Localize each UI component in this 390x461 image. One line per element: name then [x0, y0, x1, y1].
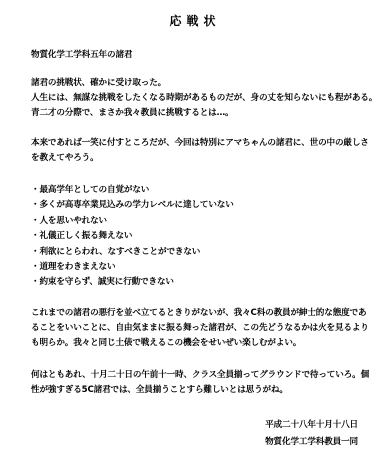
bullet-item: ・利欲にとらわれ、なすべきことができない — [31, 247, 200, 258]
paragraph-1-line: 青二才の分際で、まさか我々教員に挑戦するとは…。 — [31, 108, 233, 119]
signature: 物質化学工学科教員一同 — [265, 437, 358, 448]
paragraph-4-line: 何はともあれ、十月二十日の午前十一時、クラス全員揃ってグラウンドで待っていろ。個 — [31, 370, 369, 381]
paragraph-1-line: 人生には、無謀な挑戦をしたくなる時期があるものだが、身の丈を知らないにも程がある… — [31, 93, 377, 104]
bullet-item: ・道理をわきまえない — [31, 262, 115, 273]
paragraph-3-line: これまでの諸君の悪行を並べ立てるときりがないが、我々C科の教員が紳士的な態度であ — [31, 308, 366, 319]
bullet-item: ・最高学年としての自覚がない — [31, 185, 149, 196]
bullet-item: ・約束を守らず、誠実に行動できない — [31, 277, 174, 288]
paragraph-4-line: 性が強すぎる5C諸君では、全員揃うことすら難しいとは思うがね。 — [31, 385, 288, 396]
salutation: 物質化学工学科五年の諸君 — [31, 50, 132, 61]
bullet-item: ・多くが高専卒業見込みの学力レベルに達していない — [31, 200, 234, 211]
paragraph-3-line: も明らか。我々と同じ土俵で戦えるこの機会をせいぜい楽しむがよい。 — [31, 338, 301, 349]
paragraph-2-line: 本来であれば一笑に付すところだが、今回は特別にアマちゃんの諸君に、世の中の厳しさ — [31, 138, 369, 149]
bullet-item: ・人を思いやれない — [31, 216, 107, 227]
paragraph-1-line: 諸君の挑戦状、確かに受け取った。 — [31, 78, 166, 89]
bullet-item: ・礼儀正しく振る舞えない — [31, 231, 132, 242]
date: 平成二十八年十月十八日 — [265, 420, 358, 431]
paragraph-3-line: ることをいいことに、自由気ままに振る舞った諸君が、この先どうなるかは火を見るより — [31, 323, 369, 334]
paragraph-2-line: を教えてやろう。 — [31, 153, 99, 164]
page-title: 応戦状 — [0, 12, 390, 29]
